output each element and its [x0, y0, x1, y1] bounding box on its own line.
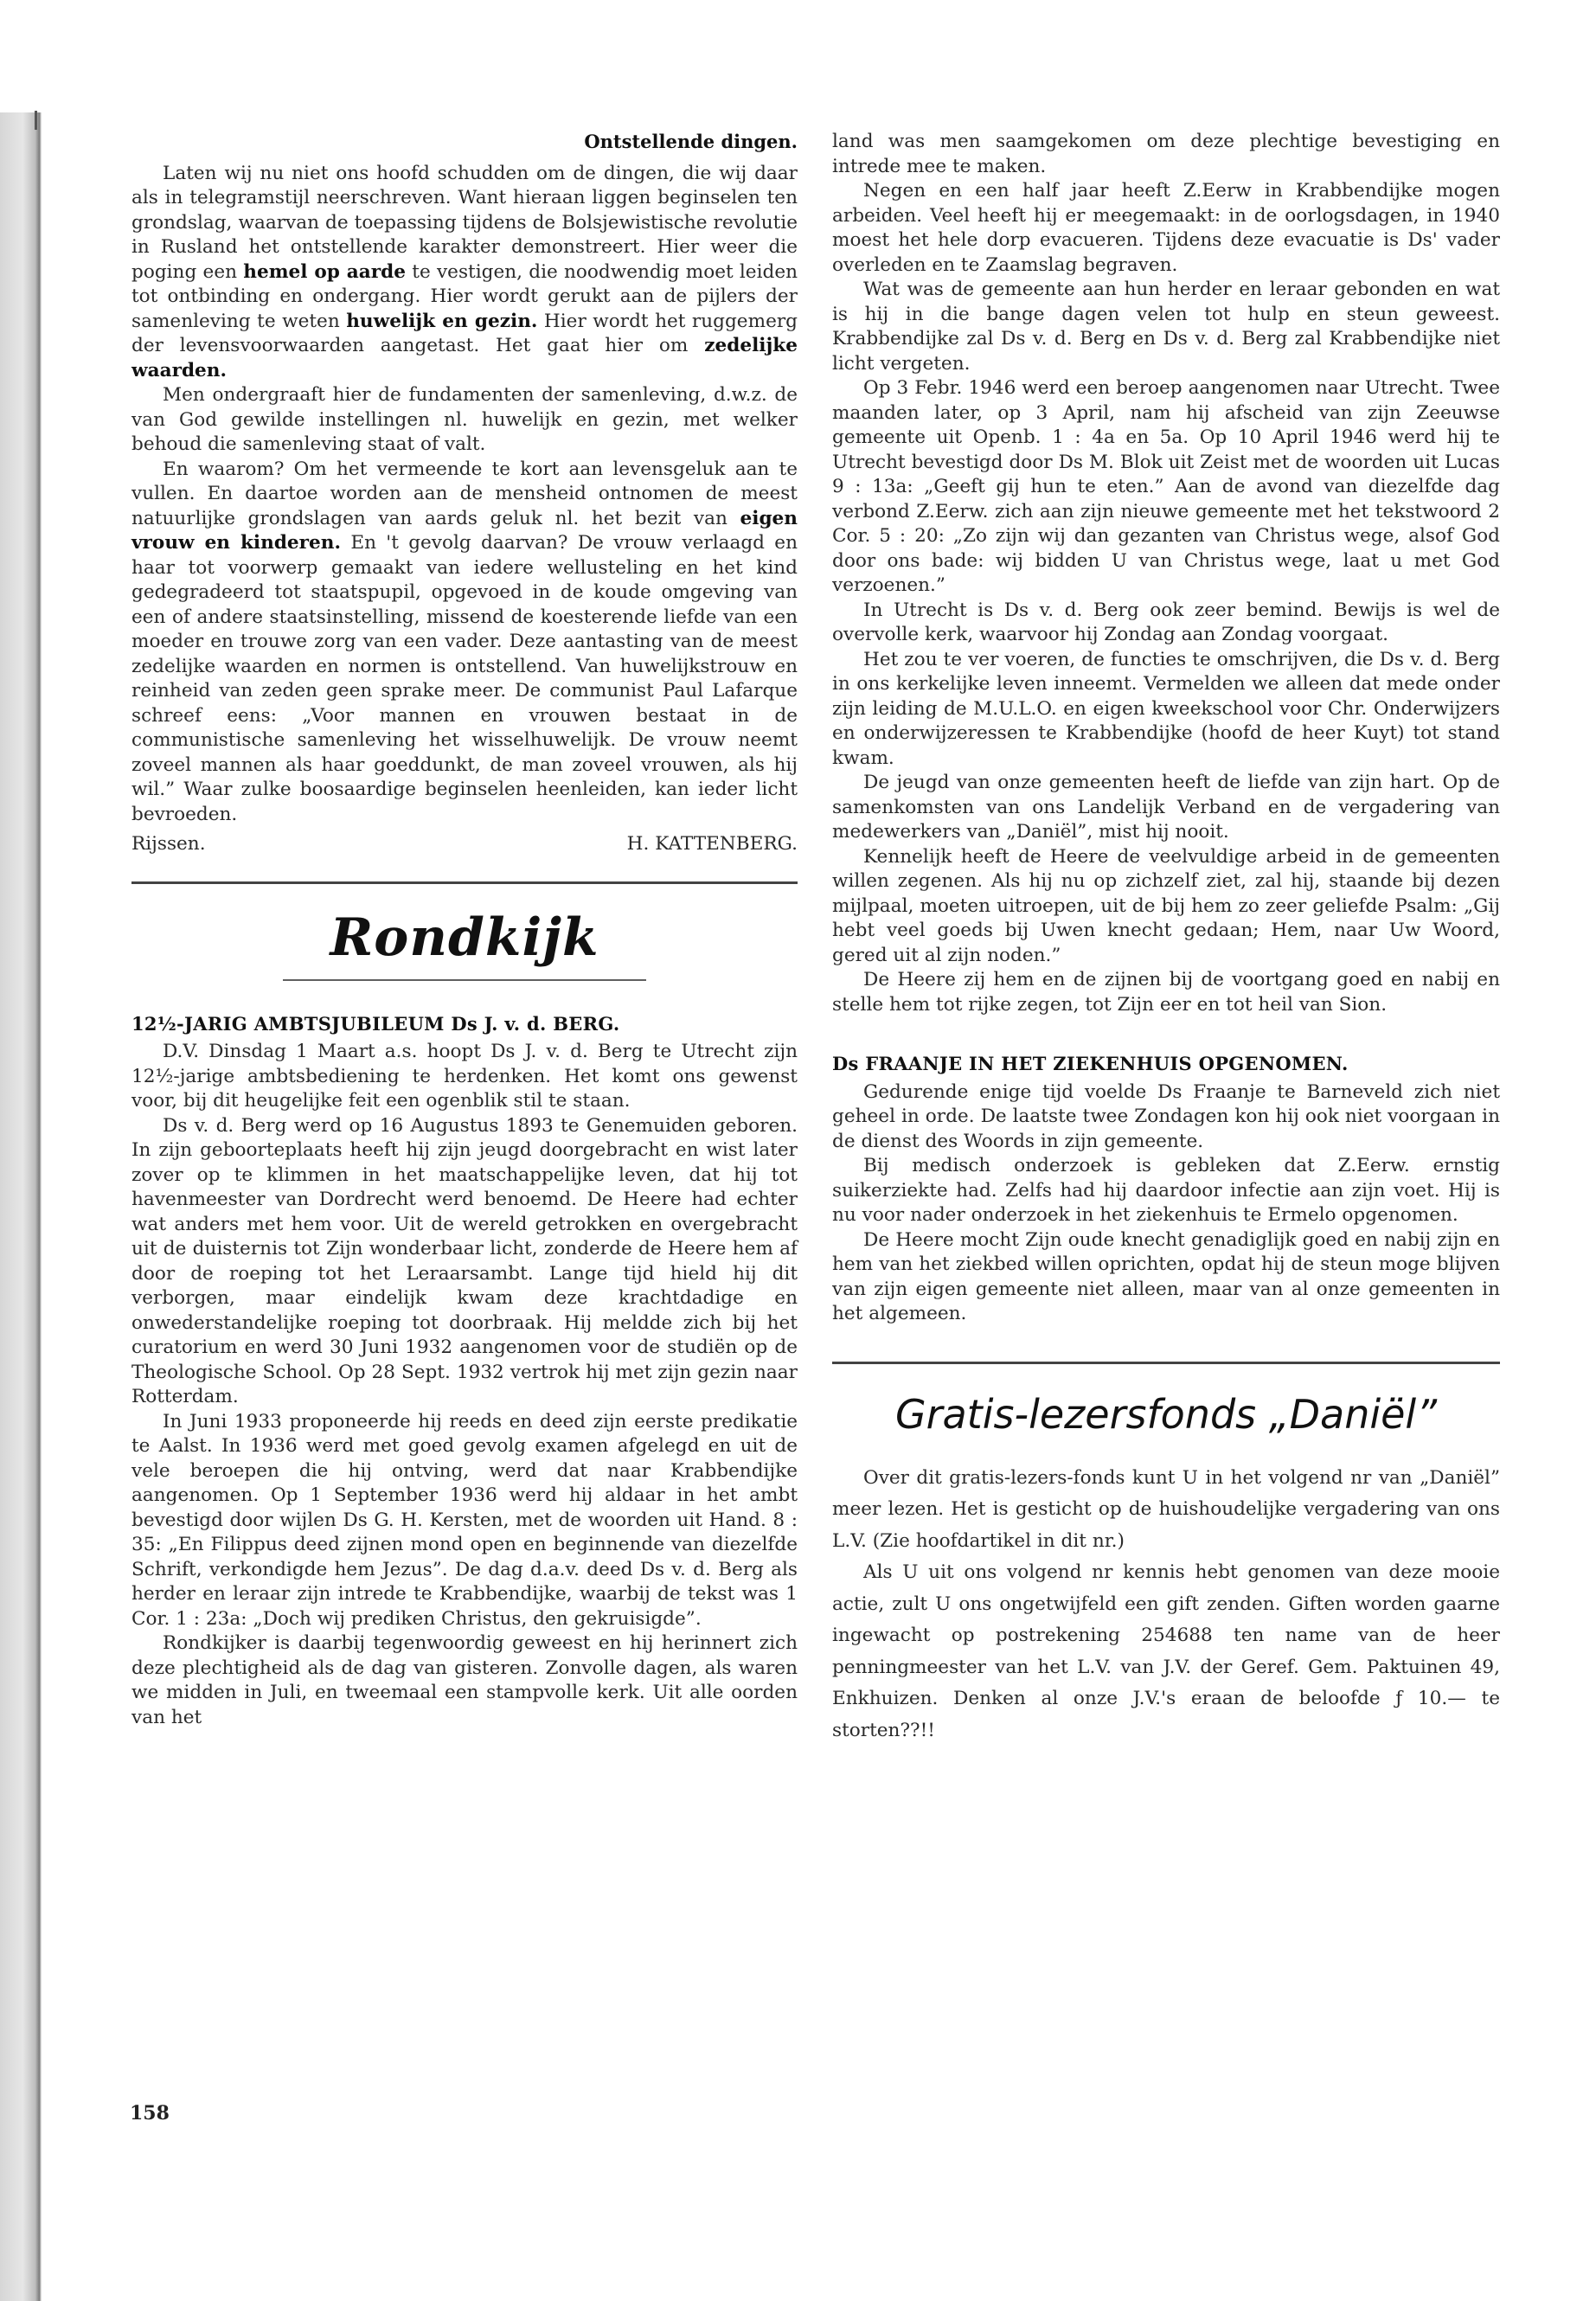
jubilee-continued: land was men saamgekomen om deze plechti…	[832, 130, 1500, 1017]
jubilee-paragraph: Op 3 Febr. 1946 werd een beroep aangenom…	[832, 376, 1500, 599]
text-run: En waarom? Om het vermeende te kort aan …	[131, 458, 798, 529]
jubilee-paragraph: De jeugd van onze gemeenten heeft de lie…	[832, 771, 1500, 845]
jubilee-paragraph: land was men saamgekomen om deze plechti…	[832, 130, 1500, 179]
signature-name: H. KATTENBERG.	[627, 832, 798, 857]
article-body: Laten wij nu niet ons hoofd schudden om …	[131, 162, 798, 828]
article-paragraph: Laten wij nu niet ons hoofd schudden om …	[131, 162, 798, 384]
emphasis: huwelijk en gezin.	[346, 311, 537, 332]
jubilee-paragraph: D.V. Dinsdag 1 Maart a.s. hoopt Ds J. v.…	[131, 1040, 798, 1114]
section-title-ontstellende: Ontstellende dingen.	[131, 130, 798, 155]
rondkijk-underline	[283, 979, 646, 981]
jubilee-paragraph: In Juni 1933 proponeerde hij reeds en de…	[131, 1410, 798, 1632]
gratis-paragraph: Als U uit ons volgend nr kennis hebt gen…	[832, 1557, 1500, 1747]
jubilee-paragraph: Kennelijk heeft de Heere de veelvuldige …	[832, 845, 1500, 969]
left-column: Ontstellende dingen. Laten wij nu niet o…	[131, 130, 798, 1730]
article-paragraph: Men ondergraaft hier de fundamenten der …	[131, 383, 798, 458]
fraanje-paragraph: Gedurende enige tijd voelde Ds Fraanje t…	[832, 1080, 1500, 1155]
jubilee-paragraph: In Utrecht is Ds v. d. Berg ook zeer bem…	[832, 599, 1500, 648]
section-divider	[131, 881, 798, 884]
text-run: Men ondergraaft hier de fundamenten der …	[131, 384, 798, 455]
emphasis: hemel op aarde	[243, 261, 406, 283]
jubilee-paragraph: Negen en een half jaar heeft Z.Eerw in K…	[832, 179, 1500, 278]
page-binding-shadow	[0, 112, 42, 2301]
fraanje-paragraph: De Heere mocht Zijn oude knecht genadigl…	[832, 1228, 1500, 1327]
jubilee-paragraph: Rondkijker is daarbij tegenwoordig gewee…	[131, 1631, 798, 1730]
text-run: En 't gevolg daarvan? De vrouw verlaagd …	[131, 532, 798, 825]
jubilee-paragraph: Ds v. d. Berg werd op 16 Augustus 1893 t…	[131, 1114, 798, 1410]
right-column: land was men saamgekomen om deze plechti…	[832, 130, 1500, 1747]
section-divider	[832, 1362, 1500, 1364]
fraanje-heading: Ds FRAANJE IN HET ZIEKENHUIS OPGENOMEN.	[832, 1052, 1500, 1077]
signature: Rijssen. H. KATTENBERG.	[131, 832, 798, 857]
gratis-heading: Gratis-lezersfonds „Daniël”	[832, 1388, 1500, 1440]
fraanje-paragraph: Bij medisch onderzoek is gebleken dat Z.…	[832, 1154, 1500, 1228]
jubilee-paragraph: Het zou te ver voeren, de functies te om…	[832, 648, 1500, 772]
binding-mark	[35, 111, 37, 130]
gratis-paragraph: Over dit gratis-lezers-fonds kunt U in h…	[832, 1463, 1500, 1558]
jubilee-heading: 12½-JARIG AMBTSJUBILEUM Ds J. v. d. BERG…	[131, 1012, 798, 1037]
gratis-body: Over dit gratis-lezers-fonds kunt U in h…	[832, 1463, 1500, 1747]
rondkijk-heading: Rondkijk	[131, 903, 798, 972]
jubilee-paragraph: De Heere zij hem en de zijnen bij de voo…	[832, 968, 1500, 1017]
article-paragraph: En waarom? Om het vermeende te kort aan …	[131, 458, 798, 828]
signature-place: Rijssen.	[131, 832, 206, 857]
page-number: 158	[130, 2102, 170, 2125]
jubilee-paragraph: Wat was de gemeente aan hun herder en le…	[832, 278, 1500, 376]
